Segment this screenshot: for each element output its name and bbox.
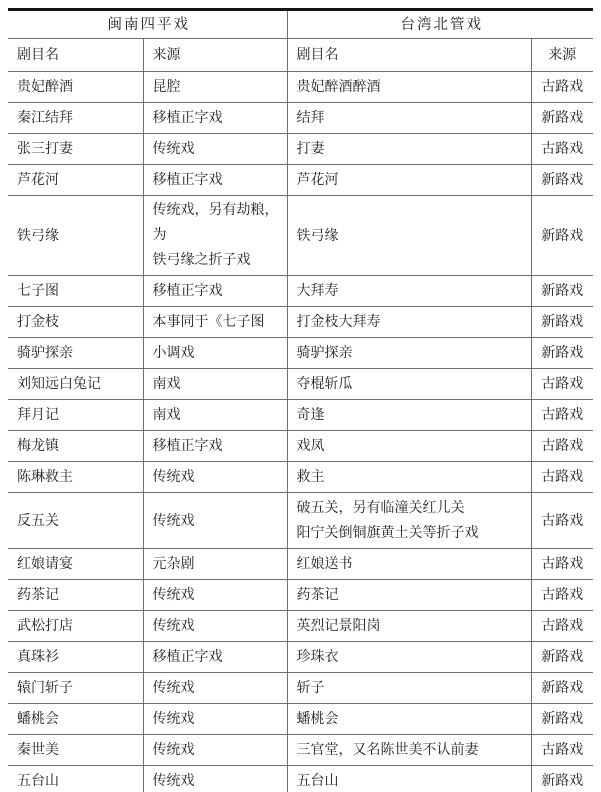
table-row: 七子图移植正字戏大拜寿新路戏 (8, 276, 593, 307)
cell-taiwan-play-name: 骑驴探亲 (287, 338, 531, 369)
cell-taiwan-play-name: 蟠桃会 (287, 704, 531, 735)
cell-minnan-source: 小调戏 (143, 338, 287, 369)
cell-minnan-play-name: 张三打妻 (8, 134, 143, 165)
cell-minnan-play-name: 秦江结拜 (8, 103, 143, 134)
table-row: 武松打店传统戏英烈记景阳岗古路戏 (8, 611, 593, 642)
cell-taiwan-source: 古路戏 (531, 369, 593, 400)
cell-minnan-play-name: 骑驴探亲 (8, 338, 143, 369)
table-row: 骑驴探亲小调戏骑驴探亲新路戏 (8, 338, 593, 369)
cell-minnan-source: 南戏 (143, 369, 287, 400)
table-row: 拜月记南戏奇逢古路戏 (8, 400, 593, 431)
cell-minnan-source: 传统戏 (143, 462, 287, 493)
group-header-minnan-siping: 闽南四平戏 (8, 10, 287, 39)
table-row: 张三打妻传统戏打妻古路戏 (8, 134, 593, 165)
cell-taiwan-source: 新路戏 (531, 276, 593, 307)
cell-taiwan-source: 古路戏 (531, 735, 593, 766)
cell-taiwan-play-name: 芦花河 (287, 165, 531, 196)
cell-taiwan-source: 新路戏 (531, 766, 593, 792)
cell-minnan-play-name: 药茶记 (8, 580, 143, 611)
cell-minnan-play-name: 梅龙镇 (8, 431, 143, 462)
cell-minnan-play-name: 贵妃醉酒 (8, 72, 143, 103)
table-body: 贵妃醉酒昆腔贵妃醉酒醉酒古路戏秦江结拜移植正字戏结拜新路戏张三打妻传统戏打妻古路… (8, 72, 593, 792)
cell-minnan-play-name: 打金枝 (8, 307, 143, 338)
table-row: 芦花河移植正字戏芦花河新路戏 (8, 165, 593, 196)
cell-minnan-play-name: 红娘请宴 (8, 549, 143, 580)
cell-minnan-source: 移植正字戏 (143, 276, 287, 307)
cell-taiwan-source: 古路戏 (531, 400, 593, 431)
cell-minnan-play-name: 武松打店 (8, 611, 143, 642)
cell-minnan-source: 传统戏 (143, 611, 287, 642)
cell-taiwan-play-name: 三官堂，又名陈世美不认前妻 (287, 735, 531, 766)
cell-minnan-source: 南戏 (143, 400, 287, 431)
cell-minnan-source: 传统戏 (143, 766, 287, 792)
table-row: 反五关传统戏破五关，另有临潼关红儿关 阳宁关倒铜旗黄土关等折子戏古路戏 (8, 493, 593, 549)
cell-taiwan-play-name: 药茶记 (287, 580, 531, 611)
cell-minnan-play-name: 辕门斩子 (8, 673, 143, 704)
cell-taiwan-source: 新路戏 (531, 307, 593, 338)
cell-minnan-source: 昆腔 (143, 72, 287, 103)
cell-taiwan-play-name: 打妻 (287, 134, 531, 165)
cell-minnan-source: 移植正字戏 (143, 431, 287, 462)
cell-minnan-play-name: 真珠衫 (8, 642, 143, 673)
table-row: 贵妃醉酒昆腔贵妃醉酒醉酒古路戏 (8, 72, 593, 103)
cell-taiwan-play-name: 斩子 (287, 673, 531, 704)
group-header-row: 闽南四平戏 台湾北管戏 (8, 10, 593, 39)
cell-taiwan-source: 古路戏 (531, 549, 593, 580)
cell-minnan-source: 传统戏 (143, 673, 287, 704)
cell-minnan-play-name: 芦花河 (8, 165, 143, 196)
cell-taiwan-play-name: 贵妃醉酒醉酒 (287, 72, 531, 103)
cell-taiwan-source: 新路戏 (531, 165, 593, 196)
cell-taiwan-source: 新路戏 (531, 196, 593, 276)
cell-minnan-play-name: 五台山 (8, 766, 143, 792)
cell-minnan-source: 传统戏 (143, 704, 287, 735)
cell-taiwan-source: 新路戏 (531, 103, 593, 134)
column-header-source-left: 来源 (143, 39, 287, 72)
cell-minnan-source: 传统戏，另有劫粮，为 铁弓缘之折子戏 (143, 196, 287, 276)
table-row: 红娘请宴元杂剧红娘送书古路戏 (8, 549, 593, 580)
cell-taiwan-source: 古路戏 (531, 493, 593, 549)
cell-minnan-play-name: 秦世美 (8, 735, 143, 766)
cell-minnan-source: 移植正字戏 (143, 642, 287, 673)
cell-minnan-play-name: 蟠桃会 (8, 704, 143, 735)
cell-minnan-source: 传统戏 (143, 735, 287, 766)
column-header-source-right: 来源 (531, 39, 593, 72)
cell-minnan-source: 传统戏 (143, 580, 287, 611)
cell-taiwan-play-name: 红娘送书 (287, 549, 531, 580)
table-row: 秦世美传统戏三官堂，又名陈世美不认前妻古路戏 (8, 735, 593, 766)
cell-minnan-source: 传统戏 (143, 134, 287, 165)
document-page: 闽南四平戏 台湾北管戏 剧目名 来源 剧目名 来源 贵妃醉酒昆腔贵妃醉酒醉酒古路… (0, 0, 601, 792)
cell-taiwan-source: 古路戏 (531, 431, 593, 462)
cell-minnan-source: 本事同于《七子图 (143, 307, 287, 338)
cell-taiwan-play-name: 打金枝大拜寿 (287, 307, 531, 338)
cell-taiwan-source: 古路戏 (531, 72, 593, 103)
cell-minnan-play-name: 反五关 (8, 493, 143, 549)
cell-taiwan-play-name: 戏凤 (287, 431, 531, 462)
cell-taiwan-play-name: 五台山 (287, 766, 531, 792)
table-row: 秦江结拜移植正字戏结拜新路戏 (8, 103, 593, 134)
cell-taiwan-source: 古路戏 (531, 611, 593, 642)
cell-minnan-source: 移植正字戏 (143, 103, 287, 134)
column-header-play-name-left: 剧目名 (8, 39, 143, 72)
cell-taiwan-source: 新路戏 (531, 704, 593, 735)
table-row: 铁弓缘传统戏，另有劫粮，为 铁弓缘之折子戏铁弓缘新路戏 (8, 196, 593, 276)
cell-taiwan-play-name: 奇逢 (287, 400, 531, 431)
cell-minnan-play-name: 陈琳救主 (8, 462, 143, 493)
table-row: 蟠桃会传统戏蟠桃会新路戏 (8, 704, 593, 735)
cell-taiwan-source: 新路戏 (531, 338, 593, 369)
cell-minnan-source: 传统戏 (143, 493, 287, 549)
table-row: 刘知远白兔记南戏夺棍斩瓜古路戏 (8, 369, 593, 400)
table-row: 打金枝本事同于《七子图打金枝大拜寿新路戏 (8, 307, 593, 338)
cell-minnan-play-name: 铁弓缘 (8, 196, 143, 276)
cell-taiwan-play-name: 铁弓缘 (287, 196, 531, 276)
table-row: 真珠衫移植正字戏珍珠衣新路戏 (8, 642, 593, 673)
cell-taiwan-source: 古路戏 (531, 462, 593, 493)
column-header-play-name-right: 剧目名 (287, 39, 531, 72)
cell-taiwan-play-name: 大拜寿 (287, 276, 531, 307)
group-header-taiwan-beiguan: 台湾北管戏 (287, 10, 593, 39)
column-header-row: 剧目名 来源 剧目名 来源 (8, 39, 593, 72)
cell-taiwan-play-name: 夺棍斩瓜 (287, 369, 531, 400)
cell-minnan-play-name: 刘知远白兔记 (8, 369, 143, 400)
cell-taiwan-source: 古路戏 (531, 580, 593, 611)
cell-taiwan-source: 新路戏 (531, 673, 593, 704)
cell-taiwan-source: 古路戏 (531, 134, 593, 165)
opera-comparison-table: 闽南四平戏 台湾北管戏 剧目名 来源 剧目名 来源 贵妃醉酒昆腔贵妃醉酒醉酒古路… (8, 8, 593, 792)
cell-minnan-source: 元杂剧 (143, 549, 287, 580)
table-row: 五台山传统戏五台山新路戏 (8, 766, 593, 792)
cell-taiwan-play-name: 破五关，另有临潼关红儿关 阳宁关倒铜旗黄土关等折子戏 (287, 493, 531, 549)
cell-taiwan-play-name: 救主 (287, 462, 531, 493)
table-row: 药茶记传统戏药茶记古路戏 (8, 580, 593, 611)
cell-taiwan-source: 新路戏 (531, 642, 593, 673)
cell-taiwan-play-name: 结拜 (287, 103, 531, 134)
cell-minnan-play-name: 拜月记 (8, 400, 143, 431)
cell-minnan-source: 移植正字戏 (143, 165, 287, 196)
cell-minnan-play-name: 七子图 (8, 276, 143, 307)
table-row: 梅龙镇移植正字戏戏凤古路戏 (8, 431, 593, 462)
table-row: 陈琳救主传统戏救主古路戏 (8, 462, 593, 493)
cell-taiwan-play-name: 英烈记景阳岗 (287, 611, 531, 642)
table-row: 辕门斩子传统戏斩子新路戏 (8, 673, 593, 704)
cell-taiwan-play-name: 珍珠衣 (287, 642, 531, 673)
